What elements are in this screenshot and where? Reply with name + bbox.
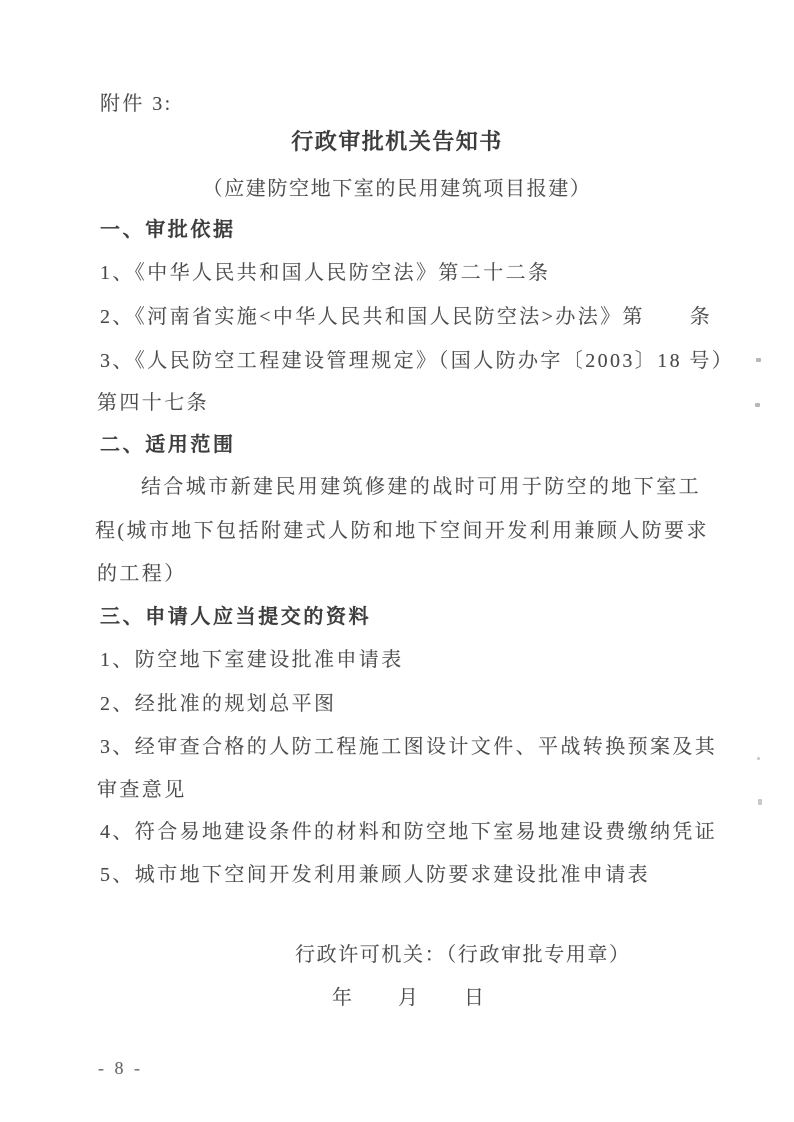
section-3-item-1: 1、防空地下室建设批准申请表 (100, 647, 404, 673)
section-1-item-1: 1、《中华人民共和国人民防空法》第二十二条 (100, 260, 550, 286)
signature-authority-line: 行政许可机关：（行政审批专用章） (295, 942, 631, 968)
section-3-item-5: 5、城市地下空间开发利用兼顾人防要求建设批准申请表 (100, 862, 650, 888)
attachment-label: 附件 3: (100, 91, 173, 117)
section-2-paragraph-line-3: 的工程） (97, 561, 187, 587)
scan-speck (757, 757, 760, 760)
section-2-paragraph-line-1: 结合城市新建民用建筑修建的战时可用于防空的地下室工 (141, 474, 701, 500)
document-subtitle: （应建防空地下室的民用建筑项目报建） (0, 176, 794, 202)
section-1-item-3: 3、《人民防空工程建设管理规定》（国人防办字〔2003〕18 号） (100, 348, 734, 374)
section-3-item-3-continuation: 审查意见 (97, 777, 187, 803)
page-number: - 8 - (98, 1055, 143, 1081)
section-3-item-2: 2、经批准的规划总平图 (100, 691, 336, 717)
scan-speck (758, 799, 762, 805)
section-3-item-4: 4、符合易地建设条件的材料和防空地下室易地建设费缴纳凭证 (100, 819, 717, 845)
section-1-item-2: 2、《河南省实施<中华人民共和国人民防空法>办法》第 条 (100, 304, 712, 330)
scan-speck (755, 403, 760, 407)
scanned-document-page: 附件 3: 行政审批机关告知书 （应建防空地下室的民用建筑项目报建） 一、审批依… (0, 0, 794, 1122)
section-3-item-3: 3、经审查合格的人防工程施工图设计文件、平战转换预案及其 (100, 734, 717, 760)
section-2-paragraph-line-2: 程(城市地下包括附建式人防和地下空间开发利用兼顾人防要求 (95, 518, 709, 544)
document-title: 行政审批机关告知书 (0, 129, 794, 155)
section-1-item-3-continuation: 第四十七条 (97, 390, 209, 416)
section-2-heading: 二、适用范围 (100, 432, 236, 458)
section-3-heading: 三、申请人应当提交的资料 (100, 604, 371, 630)
signature-date-line: 年 月 日 (332, 985, 486, 1011)
scan-speck (756, 358, 761, 362)
section-1-heading: 一、审批依据 (100, 217, 236, 243)
